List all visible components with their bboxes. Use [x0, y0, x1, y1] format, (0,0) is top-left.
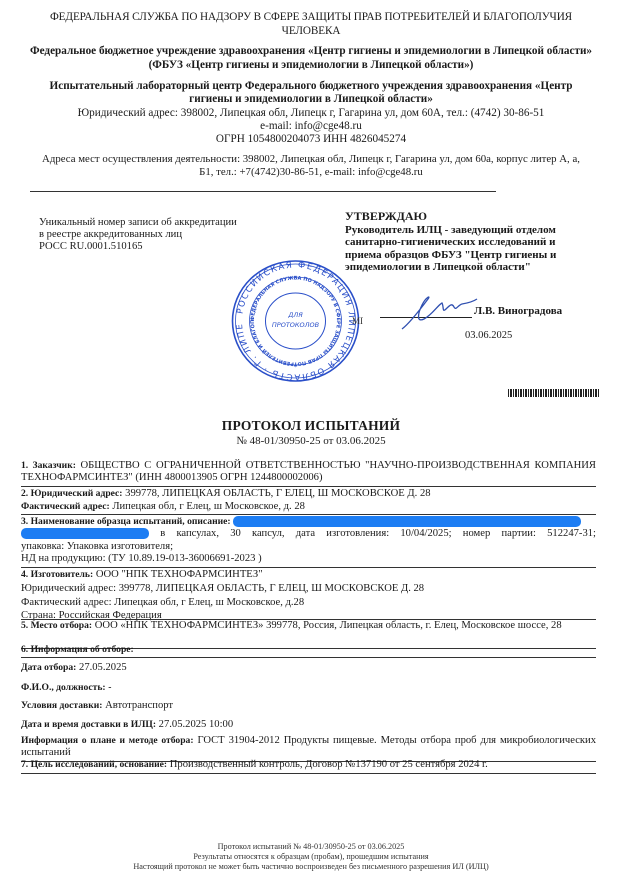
institution-name: Федеральное бюджетное учреждение здравоо… [0, 44, 622, 58]
activity-address-line-2: Б1, тел.: +7(4742)30-86-51, e-mail: info… [0, 166, 622, 179]
header-divider [30, 191, 496, 192]
sampling-date-value: 27.05.2025 [79, 662, 127, 673]
customer-label: 1. Заказчик: [21, 460, 76, 471]
sampling-place-label: 5. Место отбора: [21, 620, 92, 631]
divider [21, 657, 596, 658]
redacted-sample-name-cont [21, 528, 149, 539]
section-customer: 1. Заказчик: ОБЩЕСТВО С ОГРАНИЧЕННОЙ ОТВ… [21, 460, 596, 485]
agency-name: ФЕДЕРАЛЬНАЯ СЛУЖБА ПО НАДЗОРУ В СФЕРЕ ЗА… [0, 10, 622, 38]
footer-reproduction-note: Настоящий протокол не может быть частичн… [0, 862, 622, 872]
section-sample: 3. Наименование образца испытаний, описа… [21, 516, 596, 565]
activity-address-line-1: Адреса мест осуществления деятельности: … [0, 153, 622, 166]
purpose-value: Производственный контроль, Договор №1371… [170, 759, 488, 770]
section-sampling-info: 6. Информация об отборе: [21, 644, 596, 656]
protocol-title: ПРОТОКОЛ ИСПЫТАНИЙ [0, 418, 622, 434]
barcode-icon [508, 389, 600, 397]
protocol-number: № 48-01/30950-25 от 03.06.2025 [0, 435, 622, 447]
divider [21, 567, 596, 568]
customer-value: ОБЩЕСТВО С ОГРАНИЧЕННОЙ ОТВЕТСТВЕННОСТЬЮ… [21, 460, 596, 483]
email: e-mail: info@cge48.ru [40, 120, 582, 133]
delivery-time-row: Дата и время доставки в ИЛЦ: 27.05.2025 … [21, 719, 596, 731]
signer-name: Л.В. Виноградова [474, 305, 562, 317]
signature-icon [398, 293, 478, 333]
accreditation-block: Уникальный номер записи об аккредитации … [39, 217, 237, 253]
delivery-time-value: 27.05.2025 10:00 [159, 719, 233, 730]
institution-short-name: (ФБУЗ «Центр гигиены и эпидемиологии в Л… [0, 58, 622, 72]
actual-address-label: Фактический адрес: [21, 501, 110, 512]
svg-text:ПРОТОКОЛОВ: ПРОТОКОЛОВ [272, 321, 320, 329]
approval-date: 03.06.2025 [465, 330, 512, 341]
sampler-row: Ф.И.О., должность: - [21, 682, 596, 694]
sampling-date-label: Дата отбора: [21, 662, 76, 673]
delivery-conditions-value: Автотранспорт [105, 700, 173, 711]
divider [21, 486, 596, 487]
section-sampling-place: 5. Место отбора: ООО «НПК ТЕХНОФАРМСИНТЕ… [21, 620, 596, 632]
lab-center-block: Испытательный лабораторный центр Федерал… [0, 80, 622, 146]
svg-text:ДЛЯ: ДЛЯ [287, 311, 303, 319]
section-purpose: 7. Цель исследований, основание: Произво… [21, 759, 596, 771]
delivery-conditions-row: Условия доставки: Автотранспорт [21, 700, 596, 712]
svg-text:МП: МП [352, 316, 363, 326]
manufacturer-label: 4. Изготовитель: [21, 569, 93, 580]
accreditation-number: РОСС RU.0001.510165 [39, 241, 237, 253]
approval-block: УТВЕРЖДАЮ Руководитель ИЛЦ - заведующий … [345, 210, 605, 274]
manufacturer-actual-address: Фактический адрес: Липецкая обл, г Елец,… [21, 597, 596, 609]
footer-protocol-ref: Протокол испытаний № 48-01/30950-25 от 0… [0, 842, 622, 852]
accreditation-label-1: Уникальный номер записи об аккредитации [39, 217, 237, 229]
manufacturer-legal-address: Юридический адрес: 399778, ЛИПЕЦКАЯ ОБЛА… [21, 583, 596, 595]
section-legal-address: 2. Юридический адрес: 399778, ЛИПЕЦКАЯ О… [21, 488, 596, 514]
sampler-value: - [108, 682, 111, 693]
delivery-time-label: Дата и время доставки в ИЛЦ: [21, 719, 156, 730]
sampling-info-label: 6. Информация об отборе: [21, 644, 596, 656]
sampling-date-row: Дата отбора: 27.05.2025 [21, 662, 596, 674]
footer-results-note: Результаты относятся к образцам (пробам)… [0, 852, 622, 862]
approval-title: УТВЕРЖДАЮ [345, 210, 605, 223]
sampler-label: Ф.И.О., должность: [21, 682, 106, 693]
sampling-method-row: Информация о плане и методе отбора: ГОСТ… [21, 735, 596, 760]
legal-address: Юридический адрес: 398002, Липецкая обл,… [40, 107, 582, 120]
approval-position-2: санитарно-гигиенических исследований и [345, 236, 605, 249]
sampling-place-value: ООО «НПК ТЕХНОФАРМСИНТЕЗ» 399778, Россия… [95, 620, 562, 631]
official-stamp-icon: РОССИЙСКАЯ ФЕДЕРАЦИЯ ЛИПЕЦКАЯ ОБЛАСТЬ · … [228, 257, 363, 385]
purpose-label: 7. Цель исследований, основание: [21, 759, 167, 770]
legal-address-value: 399778, ЛИПЕЦКАЯ ОБЛАСТЬ, Г ЕЛЕЦ, Ш МОСК… [125, 488, 430, 499]
svg-text:*: * [294, 363, 298, 371]
ogrn-inn: ОГРН 1054800204073 ИНН 4826045274 [40, 133, 582, 146]
sample-normative-doc: НД на продукцию: (ТУ 10.89.19-013-360066… [21, 553, 596, 565]
institution-block: Федеральное бюджетное учреждение здравоо… [0, 44, 622, 72]
sampling-method-label: Информация о плане и методе отбора: [21, 735, 194, 746]
legal-address-label: 2. Юридический адрес: [21, 488, 122, 499]
section-manufacturer: 4. Изготовитель: ООО "НПК ТЕХНОФАРМСИНТЕ… [21, 569, 596, 622]
manufacturer-value: ООО "НПК ТЕХНОФАРМСИНТЕЗ" [96, 569, 263, 580]
divider [21, 773, 596, 774]
divider [21, 514, 596, 515]
sample-description: в капсулах, 30 капсул, дата изготовления… [160, 528, 596, 539]
actual-address-value: Липецкая обл, г Елец, ш Московское, д. 2… [112, 501, 305, 512]
lab-center-name: Испытательный лабораторный центр Федерал… [40, 80, 582, 106]
approval-position-3: приема образцов ФБУЗ "Центр гигиены и [345, 249, 605, 262]
approval-position-1: Руководитель ИЛЦ - заведующий отделом [345, 224, 605, 237]
sample-packaging: упаковка: Упаковка изготовителя; [21, 541, 596, 553]
redacted-sample-name [233, 516, 581, 527]
approval-position-4: эпидемиологии в Липецкой области" [345, 261, 605, 274]
sample-label: 3. Наименование образца испытаний, описа… [21, 516, 231, 527]
page-footer: Протокол испытаний № 48-01/30950-25 от 0… [0, 842, 622, 873]
activity-address: Адреса мест осуществления деятельности: … [0, 153, 622, 179]
delivery-conditions-label: Условия доставки: [21, 700, 102, 711]
accreditation-label-2: в реестре аккредитованных лиц [39, 229, 237, 241]
